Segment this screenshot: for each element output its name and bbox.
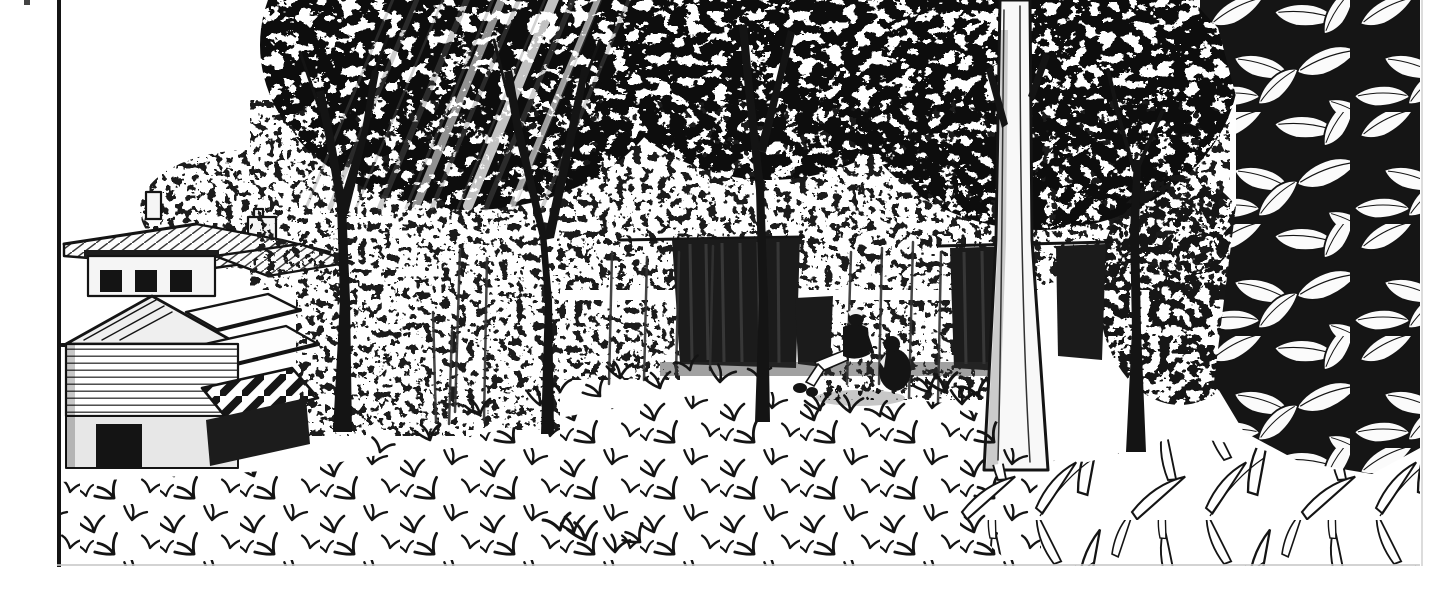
bottom-rule xyxy=(57,564,1420,566)
screen-cloth xyxy=(1056,244,1106,360)
figure-shadow xyxy=(815,390,905,406)
doorway xyxy=(96,424,142,468)
panel-border-left xyxy=(57,0,61,567)
manga-panel xyxy=(0,0,1442,592)
window xyxy=(100,270,122,292)
window xyxy=(135,270,157,292)
chimney xyxy=(146,192,161,219)
right-faint-edge xyxy=(1421,0,1423,566)
panel-artwork xyxy=(0,0,1442,592)
stray-mark xyxy=(24,0,30,5)
window xyxy=(170,270,192,292)
screen-cloth xyxy=(672,238,800,368)
